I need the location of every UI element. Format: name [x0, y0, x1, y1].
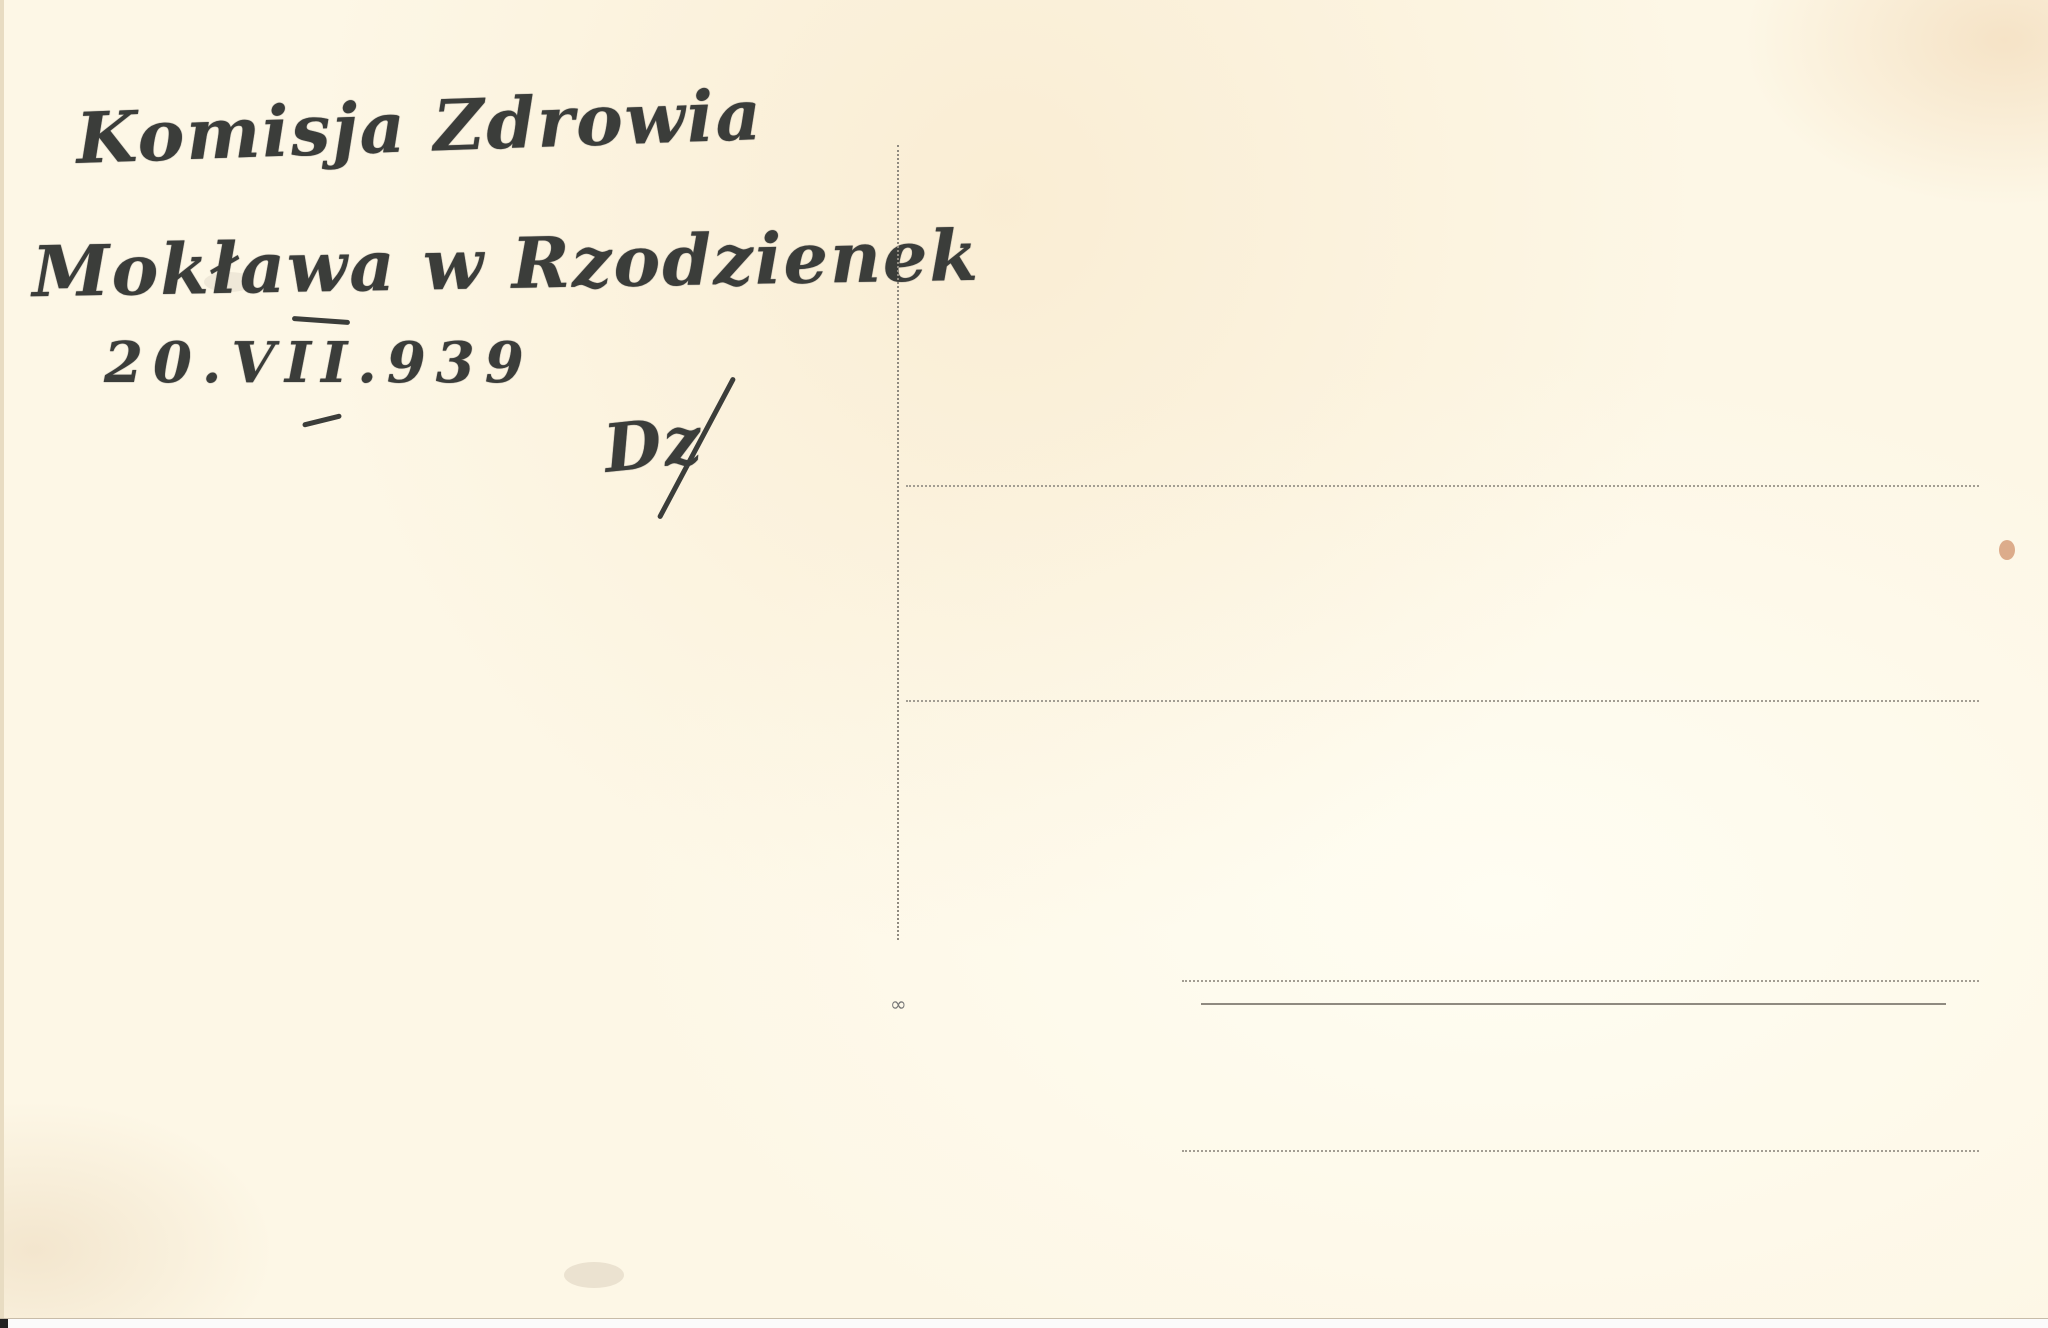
scan-border [0, 1318, 2048, 1328]
handwritten-signature: Dz [600, 400, 706, 488]
address-line-3 [1182, 980, 1979, 982]
roman-numeral-underbar [302, 413, 342, 428]
address-line-4 [1182, 1150, 1979, 1152]
smudge-stain [564, 1262, 624, 1288]
address-line-2 [906, 700, 1979, 702]
handwritten-date: 20.VII.939 [104, 330, 534, 396]
handwritten-heading: Komisja Zdrowia [75, 73, 764, 180]
center-divider-line [897, 145, 899, 940]
roman-numeral-overbar [292, 316, 350, 325]
foxing-stain [1999, 540, 2015, 560]
divider-ornament-icon: ∞ [890, 992, 905, 1016]
handwritten-location: Mokława w Rzodzienek [31, 214, 980, 314]
address-rule [1201, 1003, 1946, 1005]
postcard-back: Komisja Zdrowia Mokława w Rzodzienek 20.… [0, 0, 2048, 1318]
address-line-1 [906, 485, 1979, 487]
